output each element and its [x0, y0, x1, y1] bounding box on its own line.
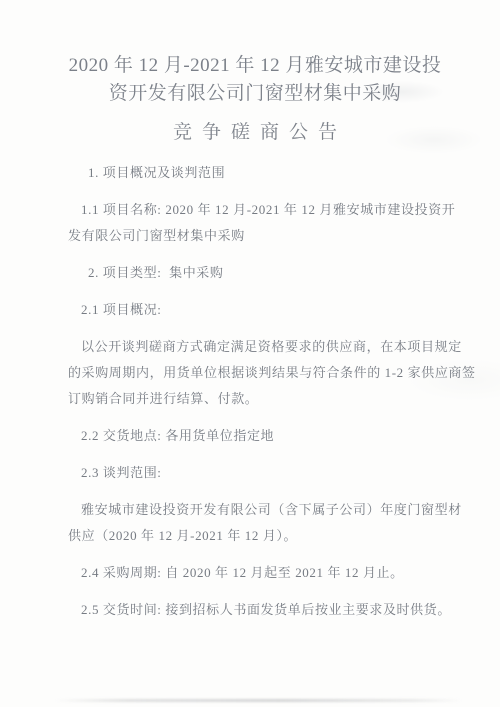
- text-line: 2.3 谈判范围:: [68, 460, 442, 486]
- procurement-period: 2.4 采购周期: 自 2020 年 12 月起至 2021 年 12 月止。: [68, 560, 442, 586]
- project-overview-heading: 2.1 项目概况:: [68, 297, 442, 323]
- text-line: 2. 项目类型: 集中采购: [68, 260, 442, 286]
- section-heading-overview: 1. 项目概况及谈判范围: [68, 160, 442, 186]
- text-line: 2.4 采购周期: 自 2020 年 12 月起至 2021 年 12 月止。: [68, 560, 442, 586]
- text-line: 雅安城市建设投资开发有限公司（含下属子公司）年度门窗型材: [68, 497, 442, 523]
- text-line: 2.5 交货时间: 接到招标人书面发货单后按业主要求及时供货。: [68, 597, 442, 623]
- text-line: 以公开谈判磋商方式确定满足资格要求的供应商，在本项目规定: [68, 334, 442, 360]
- text-line: 订购销合同并进行结算、付款。: [68, 386, 442, 412]
- title-line-2: 资开发有限公司门窗型材集中采购: [68, 80, 442, 108]
- document-subtitle: 竞争磋商公告: [68, 119, 442, 146]
- project-name: 1.1 项目名称: 2020 年 12 月-2021 年 12 月雅安城市建设投…: [68, 197, 442, 249]
- text-line: 1.1 项目名称: 2020 年 12 月-2021 年 12 月雅安城市建设投…: [68, 197, 442, 223]
- document-title: 2020 年 12 月-2021 年 12 月雅安城市建设投 资开发有限公司门窗…: [68, 52, 442, 108]
- document-page: 2020 年 12 月-2021 年 12 月雅安城市建设投 资开发有限公司门窗…: [0, 0, 500, 707]
- negotiation-scope-text: 雅安城市建设投资开发有限公司（含下属子公司）年度门窗型材 供应（2020 年 1…: [68, 497, 442, 549]
- text-line: 1. 项目概况及谈判范围: [68, 160, 442, 186]
- text-line: 发有限公司门窗型材集中采购: [68, 223, 442, 249]
- text-line: 2.2 交货地点: 各用货单位指定地: [68, 423, 442, 449]
- document-content: 2020 年 12 月-2021 年 12 月雅安城市建设投 资开发有限公司门窗…: [0, 0, 500, 623]
- text-line: 的采购周期内，用货单位根据谈判结果与符合条件的 1-2 家供应商签: [68, 360, 442, 386]
- text-line: 2.1 项目概况:: [68, 297, 442, 323]
- negotiation-scope-heading: 2.3 谈判范围:: [68, 460, 442, 486]
- delivery-time: 2.5 交货时间: 接到招标人书面发货单后按业主要求及时供货。: [68, 597, 442, 623]
- title-line-1: 2020 年 12 月-2021 年 12 月雅安城市建设投: [68, 52, 442, 80]
- project-type: 2. 项目类型: 集中采购: [68, 260, 442, 286]
- scan-edge-shadow: [55, 699, 462, 702]
- delivery-location: 2.2 交货地点: 各用货单位指定地: [68, 423, 442, 449]
- project-overview-text: 以公开谈判磋商方式确定满足资格要求的供应商，在本项目规定 的采购周期内，用货单位…: [68, 334, 442, 412]
- text-line: 供应（2020 年 12 月-2021 年 12 月）。: [68, 523, 442, 549]
- document-body: 1. 项目概况及谈判范围 1.1 项目名称: 2020 年 12 月-2021 …: [68, 160, 442, 623]
